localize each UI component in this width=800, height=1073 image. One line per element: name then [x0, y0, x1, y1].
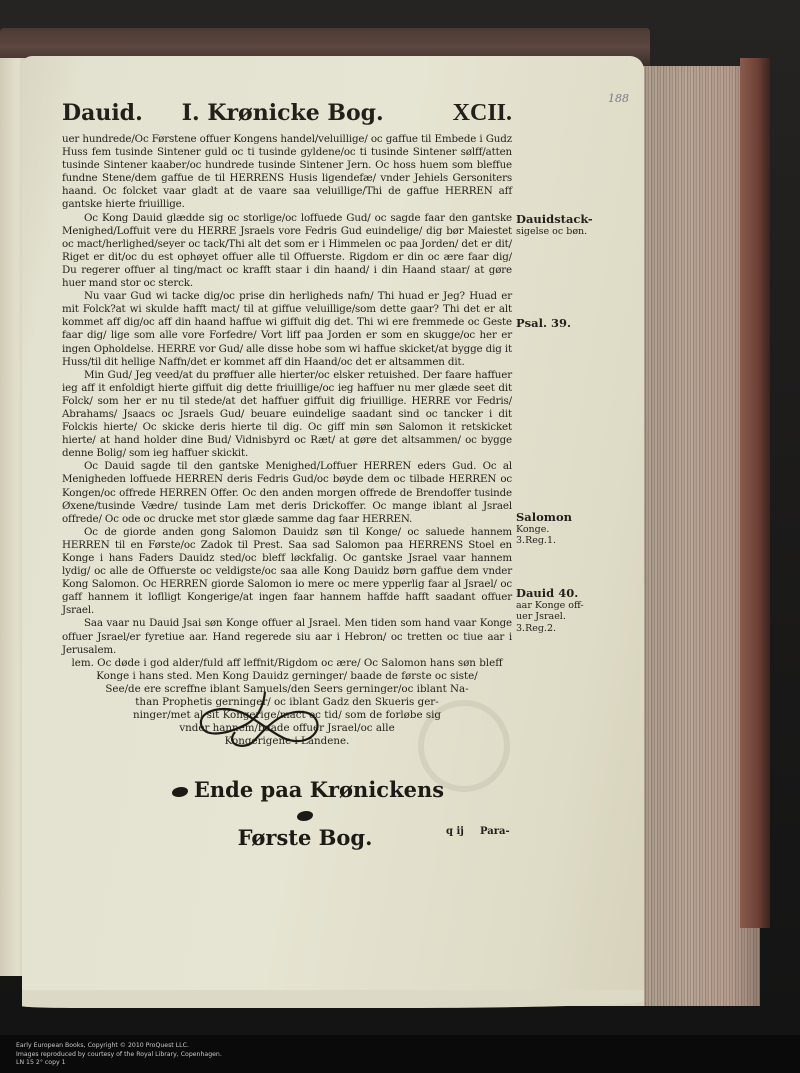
- text-block: Dauid. I. Krønicke Bog. XCII. uer hundre…: [62, 100, 512, 748]
- margin-note-line: aar Konge off-: [516, 600, 584, 612]
- margin-note-line: Salomon: [516, 512, 572, 524]
- flourish-ornament-icon: [195, 690, 325, 750]
- running-head-title: I. Krønicke Bog.: [182, 100, 384, 126]
- binding-edge: [740, 58, 770, 928]
- margin-note: Psal. 39.: [516, 318, 571, 330]
- paragraph: Oc de giorde anden gong Salomon Dauidz s…: [62, 526, 512, 618]
- page-bottom-curl: [22, 990, 644, 1008]
- manuscript-folio-number: 188: [608, 92, 629, 105]
- colophon-line: Første Bog.: [160, 826, 450, 850]
- paragraph: Nu vaar Gud wi tacke dig/oc prise din he…: [62, 290, 512, 369]
- credit-line: Early European Books, Copyright © 2010 P…: [16, 1042, 222, 1051]
- paragraph: uer hundrede/Oc Førstene offuer Kongens …: [62, 133, 512, 212]
- margin-note: Dauid 40. aar Konge off- uer Jsrael. 3.R…: [516, 588, 584, 634]
- paragraph: Min Gud/ Jeg veed/at du prøffuer alle hi…: [62, 369, 512, 461]
- leaf-ornament-icon: [172, 787, 188, 797]
- running-head: Dauid. I. Krønicke Bog. XCII.: [62, 100, 512, 127]
- tapered-line: lem. Oc døde i god alder/fuld aff leffni…: [62, 657, 512, 670]
- credit-line: LN 15 2° copy 1: [16, 1059, 222, 1068]
- paragraph: Saa vaar nu Dauid Jsai søn Konge offuer …: [62, 617, 512, 656]
- colophon-line: Ende paa Krønickens: [194, 777, 444, 802]
- signature-mark: q ij: [446, 826, 464, 837]
- leaf-ornament-icon: [297, 811, 313, 821]
- book-scan: 188 Dauid. I. Krønicke Bog. XCII. uer hu…: [0, 0, 800, 1035]
- margin-note-line: Dauid 40.: [516, 588, 584, 600]
- margin-note-line: Dauidstack-: [516, 214, 593, 226]
- tapered-line: Konge i hans sted. Men Kong Dauidz gerni…: [62, 670, 512, 683]
- paragraph: Oc Dauid sagde til den gantske Menighed/…: [62, 460, 512, 525]
- credits: Early European Books, Copyright © 2010 P…: [16, 1042, 222, 1068]
- margin-note-line: sigelse oc bøn.: [516, 226, 593, 238]
- margin-note-line: uer Jsrael.: [516, 611, 584, 623]
- catchword: Para-: [480, 826, 510, 837]
- margin-note-line: 3.Reg.2.: [516, 623, 584, 635]
- colophon: Ende paa Krønickens Første Bog.: [160, 778, 450, 850]
- margin-note: Dauidstack- sigelse oc bøn.: [516, 214, 593, 237]
- body-text: uer hundrede/Oc Førstene offuer Kongens …: [62, 133, 512, 748]
- folio-number: XCII.: [453, 100, 512, 127]
- margin-note: Salomon Konge. 3.Reg.1.: [516, 512, 572, 547]
- paragraph: Oc Kong Dauid glædde sig oc storlige/oc …: [62, 212, 512, 291]
- credit-line: Images reproduced by courtesy of the Roy…: [16, 1051, 222, 1060]
- margin-note-line: 3.Reg.1.: [516, 535, 572, 547]
- margin-note-line: Psal. 39.: [516, 318, 571, 330]
- margin-note-line: Konge.: [516, 524, 572, 536]
- running-head-left: Dauid.: [62, 100, 143, 126]
